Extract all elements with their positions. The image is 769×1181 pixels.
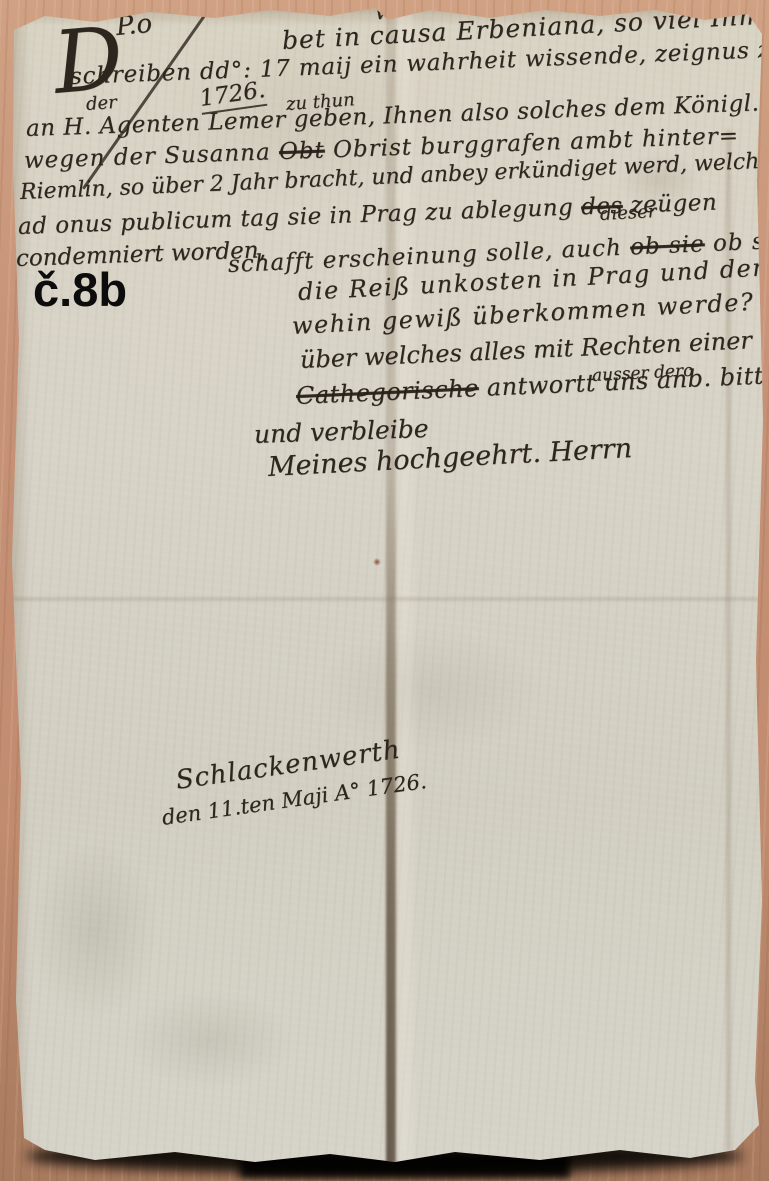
manuscript-line-12: und verbleibe [253, 414, 429, 449]
line-4-pre: wegen der Susanna [24, 139, 280, 174]
manuscript-page: D P.o V bet in causa Erbeniana, so viel … [0, 0, 769, 1181]
line-7b-struck-words: ob sie [630, 231, 706, 260]
insert-der: der [85, 92, 117, 115]
line-11-struck-word: Cathegorische [295, 374, 479, 410]
line-4-struck-word: Obt [279, 138, 326, 166]
archival-number-label: č.8b [33, 266, 127, 313]
manuscript-photo: D P.o V bet in causa Erbeniana, so viel … [0, 0, 769, 1181]
insert-dieser: dieser [599, 201, 656, 225]
horizontal-crease [10, 597, 759, 601]
